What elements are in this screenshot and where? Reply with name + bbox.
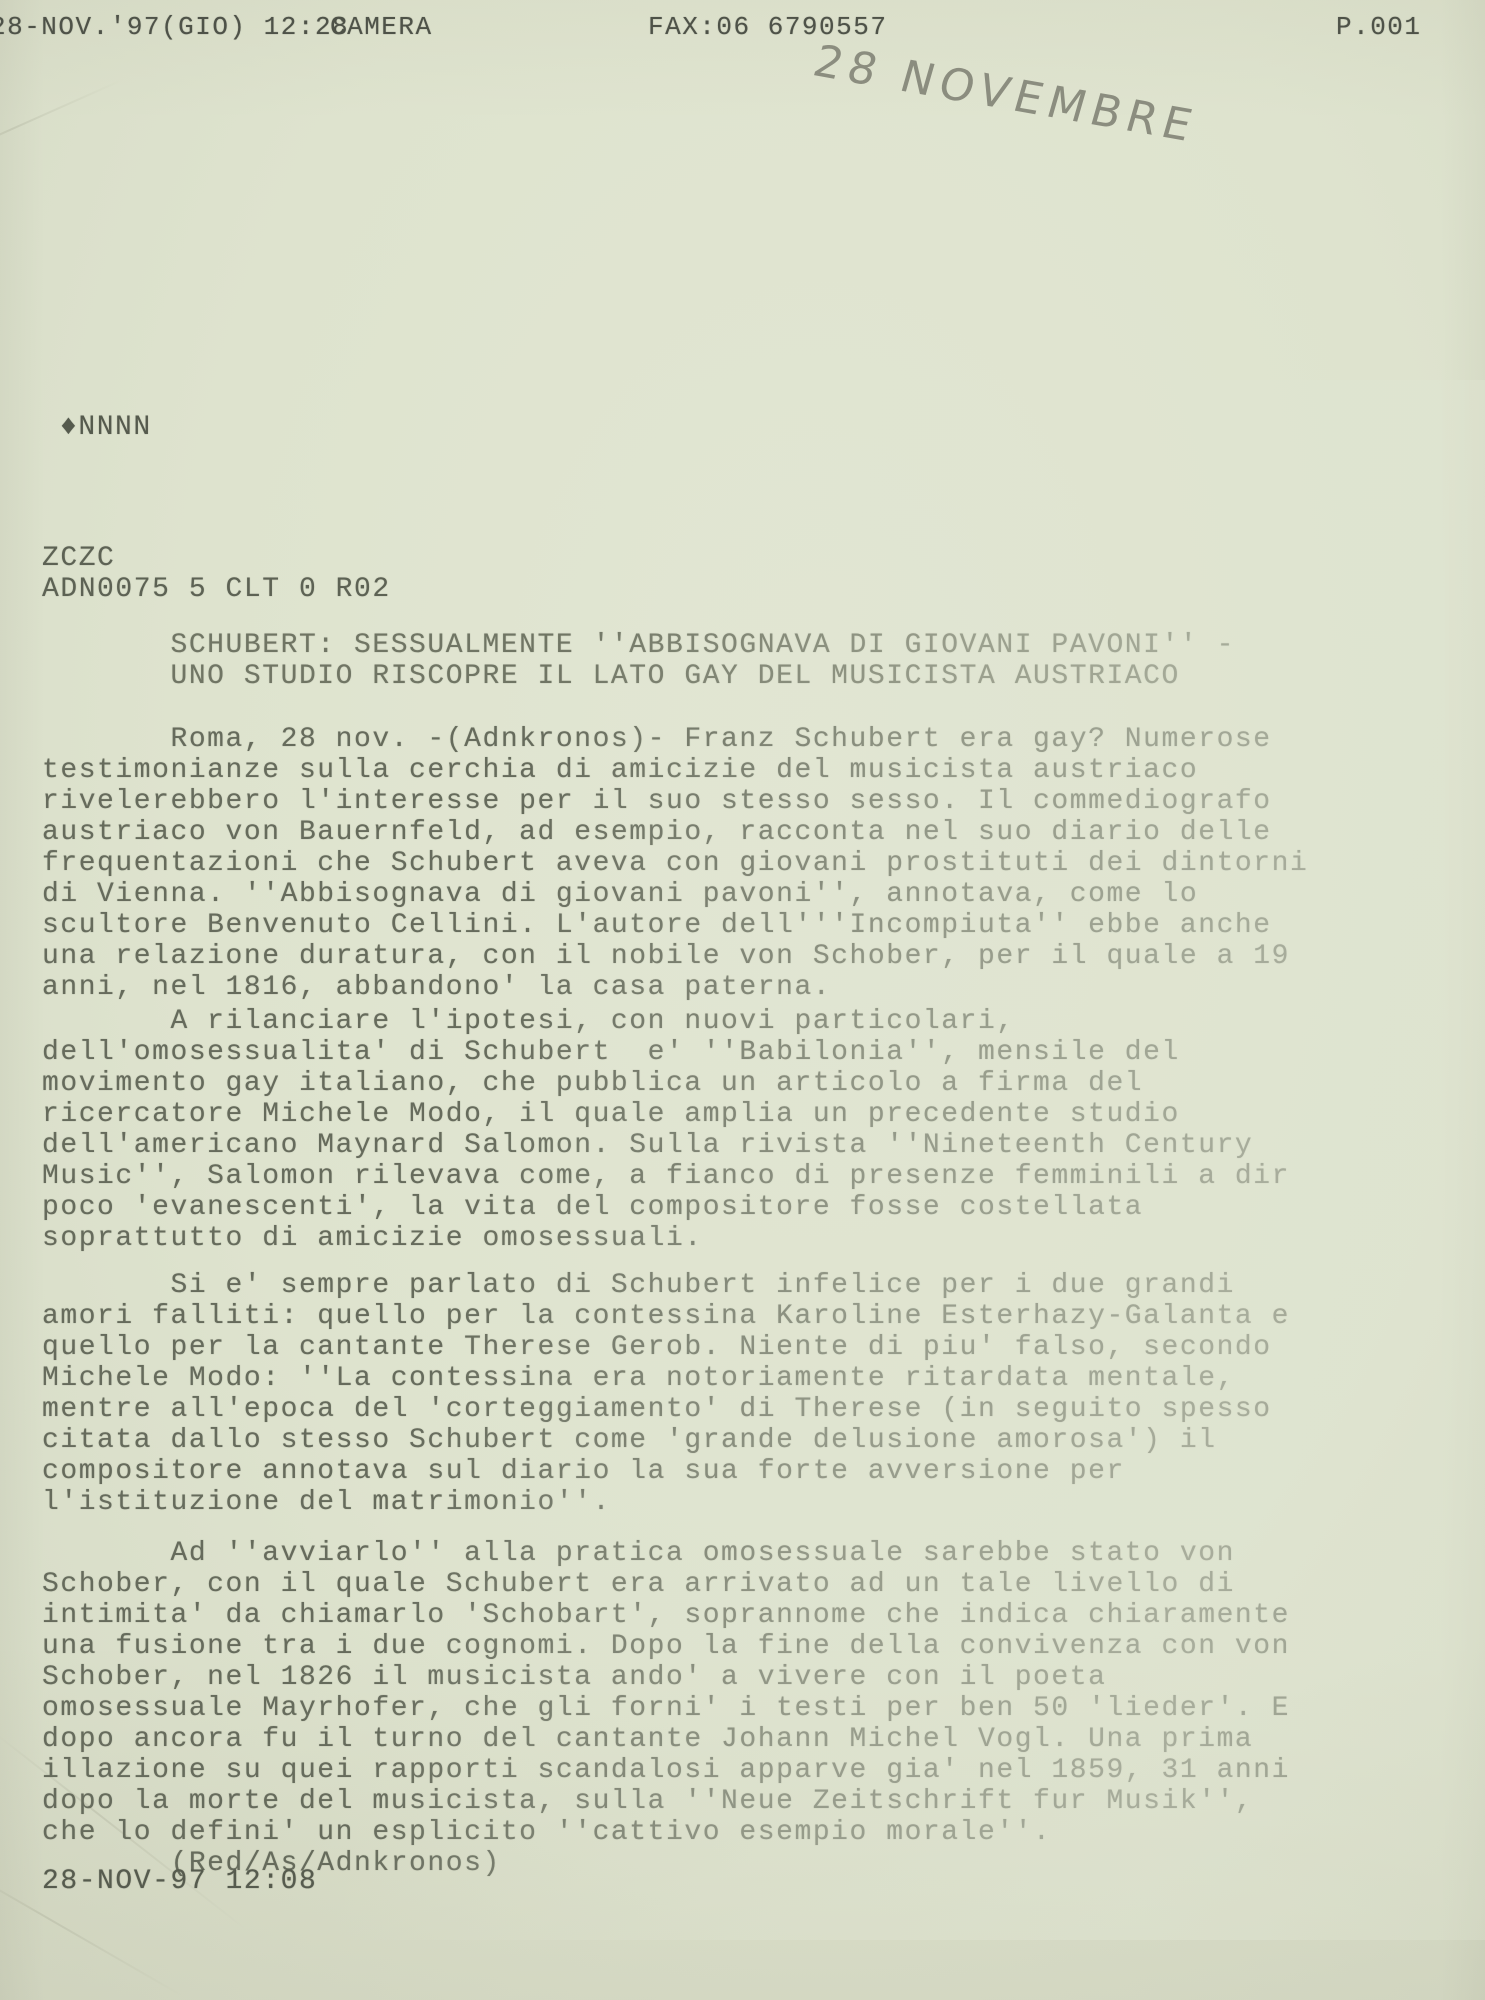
fax-header-sender: CAMERA (330, 12, 433, 42)
article-paragraph-1: Roma, 28 nov. -(Adnkronos)- Franz Schube… (42, 724, 1308, 1003)
article-paragraph-2: A rilanciare l'ipotesi, con nuovi partic… (42, 1006, 1290, 1254)
fax-document-page: 28-NOV.'97(GIO) 12:28 CAMERA FAX:06 6790… (0, 0, 1485, 2000)
wire-end-marker: ♦NNNN (60, 412, 152, 443)
article-paragraph-3: Si e' sempre parlato di Schubert infelic… (42, 1270, 1290, 1518)
fax-header-datetime: 28-NOV.'97(GIO) 12:28 (0, 12, 349, 42)
article-paragraph-4: Ad ''avviarlo'' alla pratica omosessuale… (42, 1538, 1290, 1879)
fax-header-page-number: P.001 (1336, 12, 1422, 42)
handwritten-date-note: 28 NOVEMBRE (808, 36, 1203, 153)
article-title: SCHUBERT: SESSUALMENTE ''ABBISOGNAVA DI … (42, 630, 1235, 692)
paper-crease (0, 79, 122, 162)
fax-header-number: FAX:06 6790557 (648, 12, 887, 42)
fax-machine-header: 28-NOV.'97(GIO) 12:28 CAMERA FAX:06 6790… (0, 12, 1485, 52)
wire-start-code: ZCZC ADN0075 5 CLT 0 R02 (42, 543, 391, 605)
wire-timestamp: 28-NOV-97 12:08 (42, 1866, 317, 1897)
